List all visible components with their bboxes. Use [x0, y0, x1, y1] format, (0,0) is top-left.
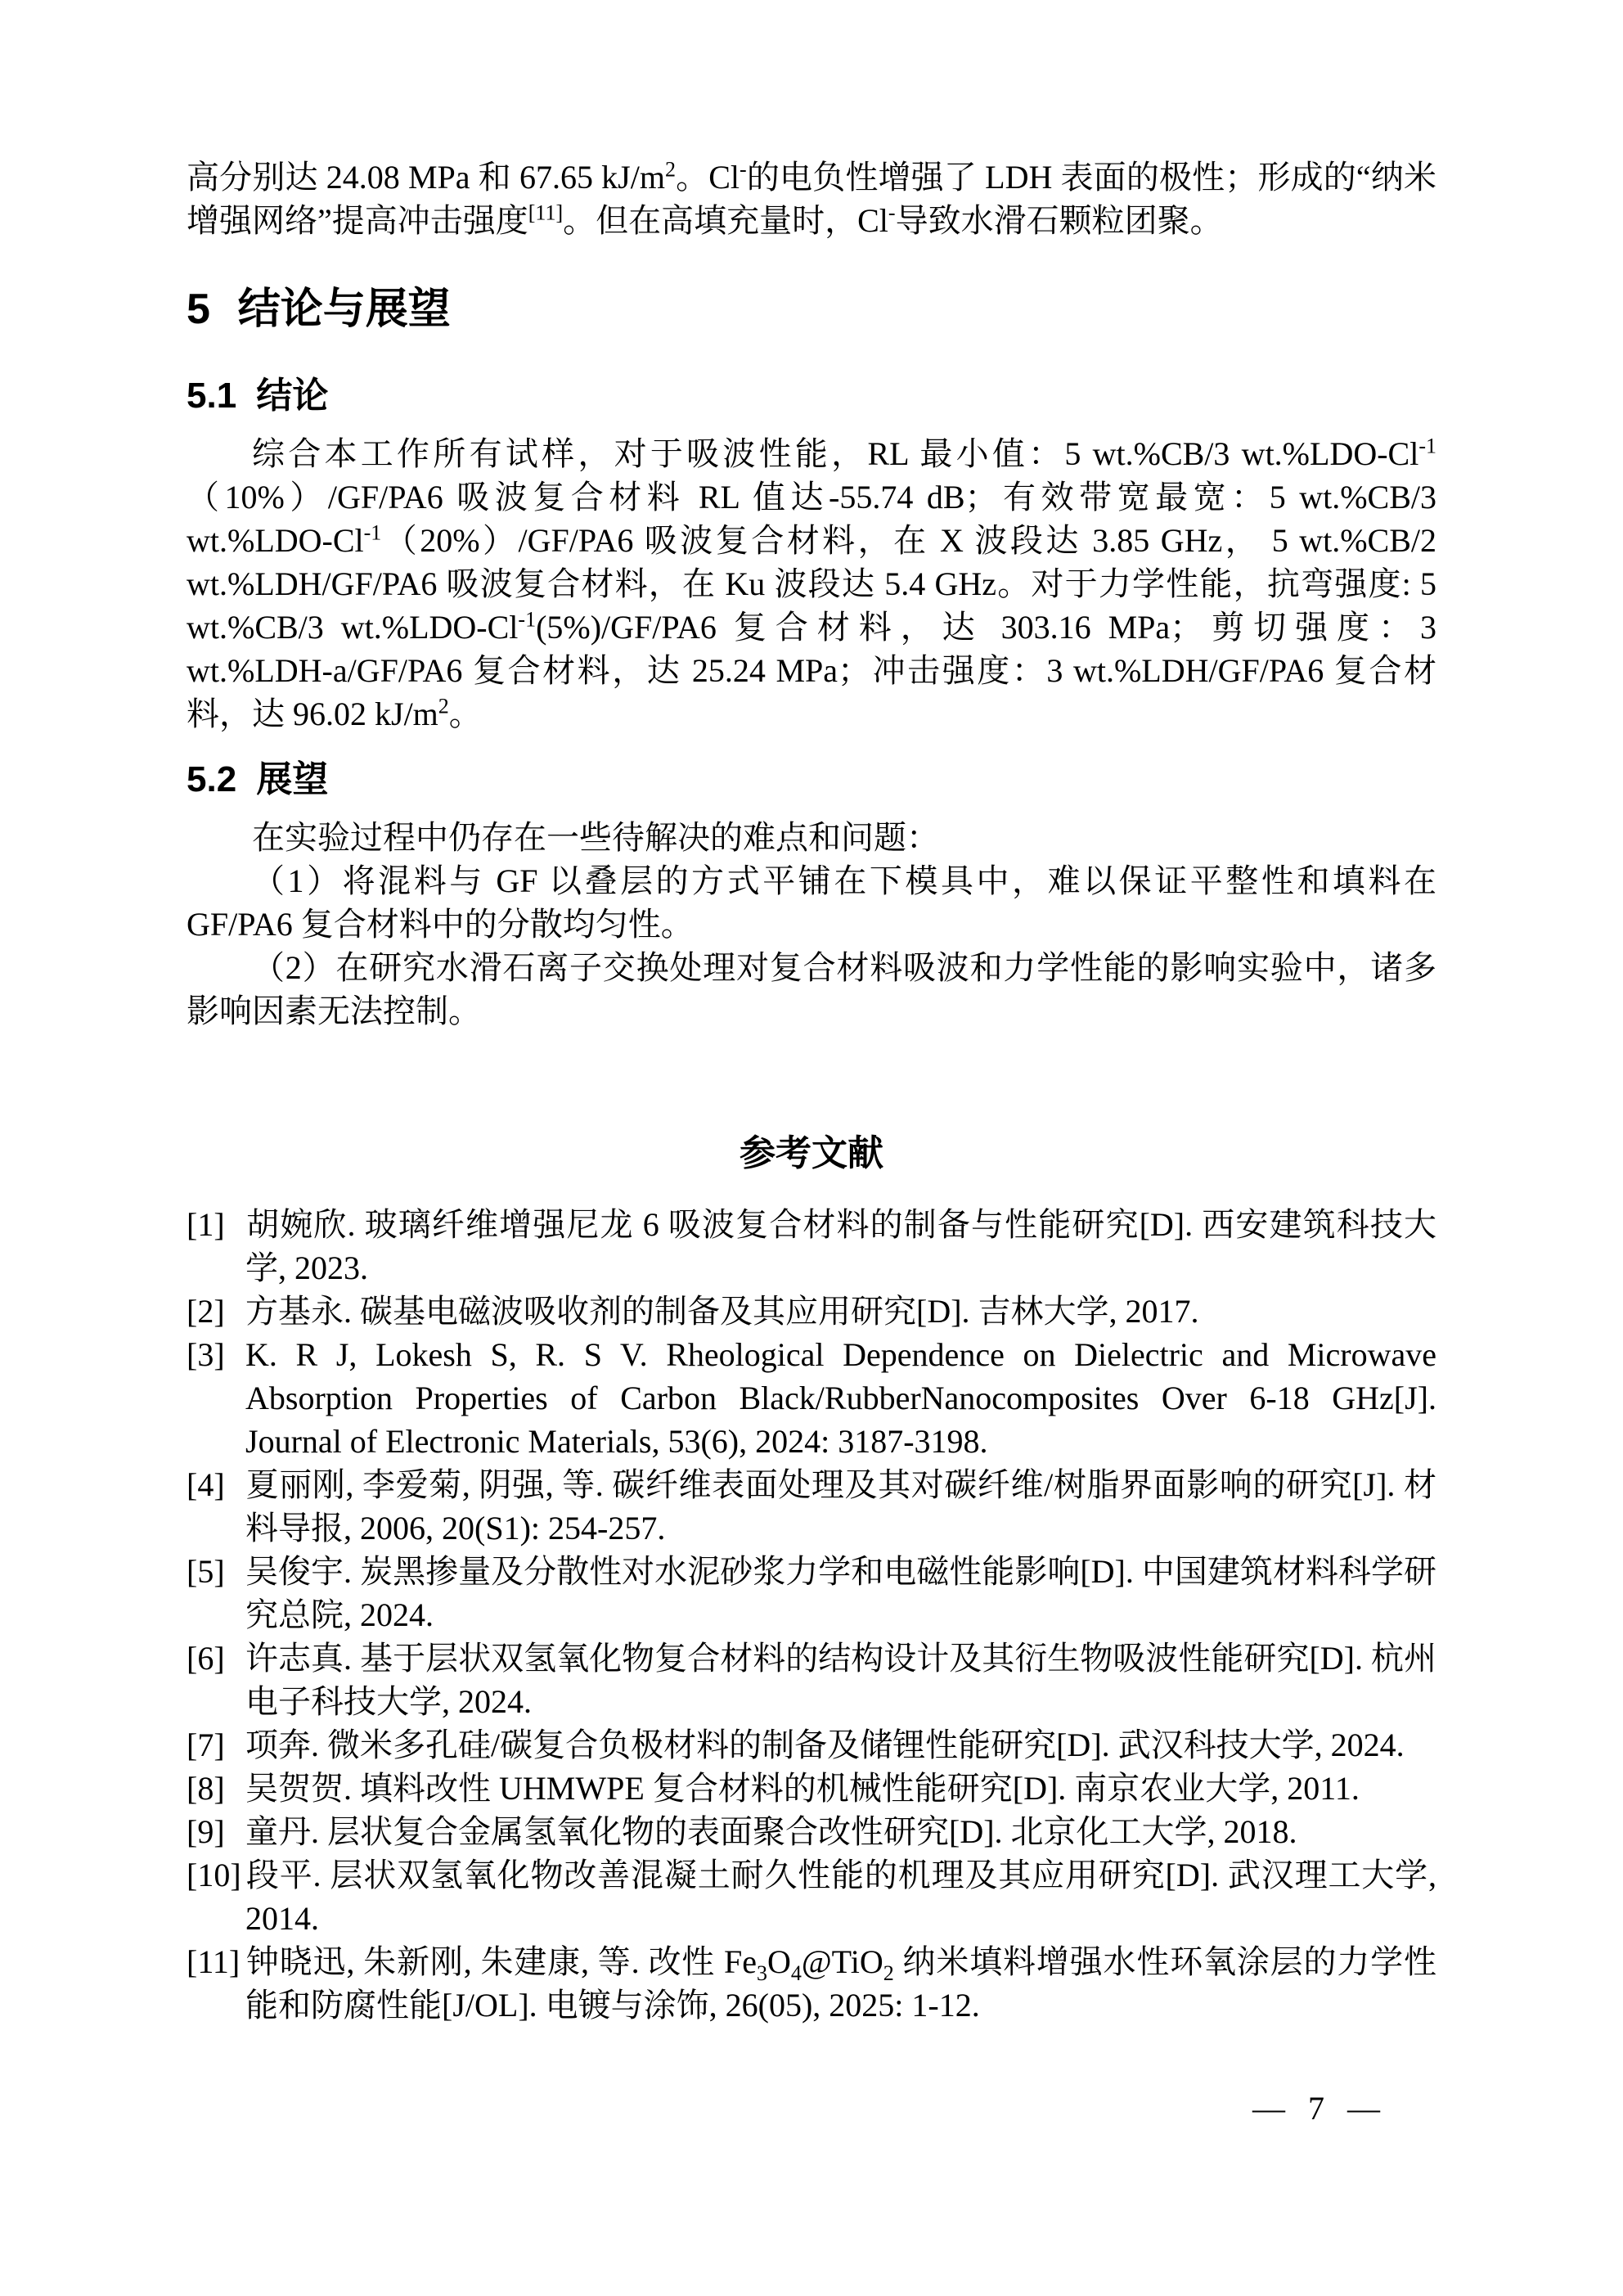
reference-marker: [8]: [187, 1767, 245, 1810]
reference-text: 许志真. 基于层状双氢氧化物复合材料的结构设计及其衍生物吸波性能研究[D]. 杭…: [245, 1640, 1436, 1720]
reference-item: [11]钟晓迅, 朱新刚, 朱建康, 等. 改性 Fe3O4@TiO2 纳米填料…: [187, 1940, 1436, 2027]
footer-dash-right: —: [1347, 2090, 1380, 2127]
reference-text: 吴贺贺. 填料改性 UHMWPE 复合材料的机械性能研究[D]. 南京农业大学,…: [245, 1770, 1360, 1807]
reference-marker: [4]: [187, 1463, 245, 1506]
reference-marker: [2]: [187, 1290, 245, 1333]
reference-text: 胡婉欣. 玻璃纤维增强尼龙 6 吸波复合材料的制备与性能研究[D]. 西安建筑科…: [245, 1206, 1436, 1286]
section-5-heading: 5结论与展望: [187, 283, 1436, 335]
references-list: [1]胡婉欣. 玻璃纤维增强尼龙 6 吸波复合材料的制备与性能研究[D]. 西安…: [187, 1203, 1436, 2027]
reference-marker: [6]: [187, 1636, 245, 1680]
section-5-1-heading: 5.1结论: [187, 373, 1436, 419]
reference-marker: [9]: [187, 1810, 245, 1853]
reference-marker: [7]: [187, 1723, 245, 1767]
footer-page-number: 7: [1308, 2090, 1324, 2127]
reference-marker: [10]: [187, 1853, 245, 1897]
section-5-1-title: 结论: [256, 376, 328, 416]
reference-item: [5]吴俊宇. 炭黑掺量及分散性对水泥砂浆力学和电磁性能影响[D]. 中国建筑材…: [187, 1550, 1436, 1636]
reference-item: [6]许志真. 基于层状双氢氧化物复合材料的结构设计及其衍生物吸波性能研究[D]…: [187, 1636, 1436, 1723]
reference-item: [8]吴贺贺. 填料改性 UHMWPE 复合材料的机械性能研究[D]. 南京农业…: [187, 1767, 1436, 1810]
outlook-item-2-paragraph: （2）在研究水滑石离子交换处理对复合材料吸波和力学性能的影响实验中，诸多影响因素…: [187, 946, 1436, 1033]
reference-item: [1]胡婉欣. 玻璃纤维增强尼龙 6 吸波复合材料的制备与性能研究[D]. 西安…: [187, 1203, 1436, 1290]
section-5-1-paragraph: 综合本工作所有试样，对于吸波性能，RL 最小值：5 wt.%CB/3 wt.%L…: [187, 432, 1436, 736]
outlook-item-1-paragraph: （1）将混料与 GF 以叠层的方式平铺在下模具中，难以保证平整性和填料在 GF/…: [187, 859, 1436, 946]
reference-marker: [1]: [187, 1203, 245, 1246]
section-5-1-number: 5.1: [187, 376, 236, 416]
reference-item: [9]童丹. 层状复合金属氢氧化物的表面聚合改性研究[D]. 北京化工大学, 2…: [187, 1810, 1436, 1853]
reference-text: 夏丽刚, 李爱菊, 阴强, 等. 碳纤维表面处理及其对碳纤维/树脂界面影响的研究…: [245, 1466, 1436, 1546]
footer-dash-left: —: [1252, 2090, 1285, 2127]
reference-item: [7]项奔. 微米多孔硅/碳复合负极材料的制备及储锂性能研究[D]. 武汉科技大…: [187, 1723, 1436, 1767]
outlook-intro-paragraph: 在实验过程中仍存在一些待解决的难点和问题：: [187, 816, 1436, 859]
section-5-number: 5: [187, 286, 210, 333]
reference-marker: [5]: [187, 1550, 245, 1593]
page-footer: —7—: [1252, 2087, 1380, 2130]
reference-marker: [11]: [187, 1940, 245, 1983]
reference-item: [2]方基永. 碳基电磁波吸收剂的制备及其应用研究[D]. 吉林大学, 2017…: [187, 1290, 1436, 1333]
section-5-2-title: 展望: [256, 759, 328, 799]
reference-text: 方基永. 碳基电磁波吸收剂的制备及其应用研究[D]. 吉林大学, 2017.: [245, 1293, 1199, 1330]
reference-text: 童丹. 层状复合金属氢氧化物的表面聚合改性研究[D]. 北京化工大学, 2018…: [245, 1813, 1297, 1850]
document-page: 高分别达 24.08 MPa 和 67.65 kJ/m2。Cl-的电负性增强了 …: [0, 0, 1623, 2296]
section-5-title: 结论与展望: [238, 286, 451, 333]
section-5-2-heading: 5.2展望: [187, 757, 1436, 803]
reference-text: 钟晓迅, 朱新刚, 朱建康, 等. 改性 Fe3O4@TiO2 纳米填料增强水性…: [245, 1943, 1436, 2024]
section-5-2-number: 5.2: [187, 759, 236, 799]
references-title: 参考文献: [187, 1129, 1436, 1178]
reference-text: 吴俊宇. 炭黑掺量及分散性对水泥砂浆力学和电磁性能影响[D]. 中国建筑材料科学…: [245, 1553, 1436, 1633]
paragraph-continuation: 高分别达 24.08 MPa 和 67.65 kJ/m2。Cl-的电负性增强了 …: [187, 155, 1436, 242]
reference-text: 项奔. 微米多孔硅/碳复合负极材料的制备及储锂性能研究[D]. 武汉科技大学, …: [245, 1727, 1405, 1763]
reference-item: [10]段平. 层状双氢氧化物改善混凝土耐久性能的机理及其应用研究[D]. 武汉…: [187, 1853, 1436, 1940]
reference-item: [3]K. R J, Lokesh S, R. S V. Rheological…: [187, 1333, 1436, 1463]
reference-text: K. R J, Lokesh S, R. S V. Rheological De…: [245, 1336, 1436, 1460]
reference-marker: [3]: [187, 1333, 245, 1376]
reference-text: 段平. 层状双氢氧化物改善混凝土耐久性能的机理及其应用研究[D]. 武汉理工大学…: [245, 1857, 1436, 1937]
reference-item: [4]夏丽刚, 李爱菊, 阴强, 等. 碳纤维表面处理及其对碳纤维/树脂界面影响…: [187, 1463, 1436, 1550]
